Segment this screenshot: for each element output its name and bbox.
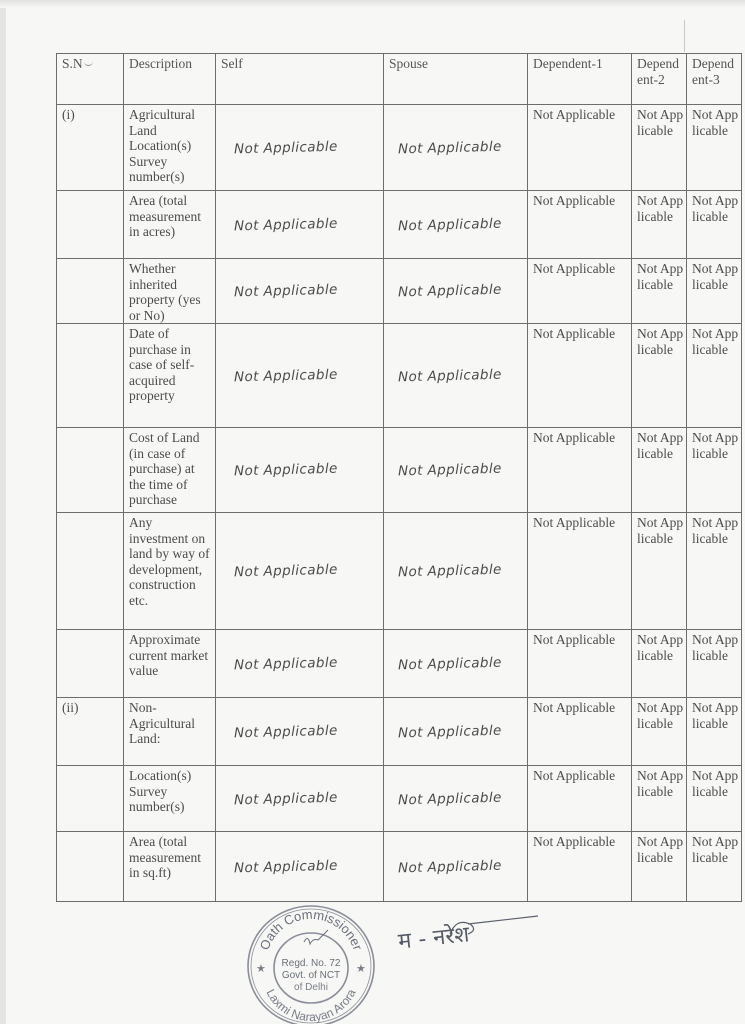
- header-dependent-2: Dependent-2: [632, 54, 687, 105]
- dependent-2-value: Not Applicable: [632, 259, 687, 324]
- dependent-3-value: Not Applicable: [687, 630, 742, 698]
- stamp-initials: [304, 930, 328, 944]
- description-cell: Any investment on land by way of develop…: [124, 513, 216, 630]
- dependent-1-value: Not Applicable: [528, 259, 632, 324]
- dependent-2-value: Not Applicable: [632, 698, 687, 766]
- description-cell: Area (total measurement in sq.ft): [124, 832, 216, 902]
- star-icon: ★: [356, 963, 366, 975]
- handwritten-text: Not Applicable: [234, 462, 338, 480]
- dependent-3-value: Not Applicable: [687, 105, 742, 191]
- sn-cell: [57, 259, 124, 324]
- dependent-3-value: Not Applicable: [687, 428, 742, 513]
- header-spouse: Spouse: [384, 54, 528, 105]
- spouse-value: Not Applicable: [384, 191, 528, 259]
- svg-text:Oath Commissioner: Oath Commissioner: [257, 907, 366, 953]
- dependent-2-value: Not Applicable: [632, 513, 687, 630]
- handwritten-text: Not Applicable: [234, 283, 338, 301]
- handwritten-text: Not Applicable: [398, 790, 502, 808]
- dependent-3-value: Not Applicable: [687, 832, 742, 902]
- self-value: Not Applicable: [216, 259, 384, 324]
- sn-cell: [57, 191, 124, 259]
- spouse-value: Not Applicable: [384, 428, 528, 513]
- header-row: S.N Description Self Spouse Dependent-1 …: [57, 54, 742, 105]
- handwritten-text: Not Applicable: [234, 858, 338, 876]
- self-value: Not Applicable: [216, 428, 384, 513]
- table-row: Location(s) Survey number(s)Not Applicab…: [57, 766, 742, 832]
- sn-cell: [57, 630, 124, 698]
- spouse-value: Not Applicable: [384, 513, 528, 630]
- stamp-line-2: Govt. of NCT: [282, 970, 340, 981]
- description-cell: Area (total measurement in acres): [124, 191, 216, 259]
- dependent-2-value: Not Applicable: [632, 105, 687, 191]
- dependent-2-value: Not Applicable: [632, 832, 687, 902]
- table-row: Whether inherited property (yes or No)No…: [57, 259, 742, 324]
- self-value: Not Applicable: [216, 513, 384, 630]
- checkmark-icon: [84, 61, 93, 66]
- stamp-line-3: of Delhi: [294, 982, 328, 993]
- sn-cell: (i): [57, 105, 124, 191]
- description-cell: Whether inherited property (yes or No): [124, 259, 216, 324]
- description-cell: Approximate current market value: [124, 630, 216, 698]
- dependent-1-value: Not Applicable: [528, 698, 632, 766]
- spouse-value: Not Applicable: [384, 832, 528, 902]
- self-value: Not Applicable: [216, 324, 384, 428]
- self-value: Not Applicable: [216, 191, 384, 259]
- table-row: Date of purchase in case of self-acquire…: [57, 324, 742, 428]
- table-row: (ii)Non-Agricultural Land:Not Applicable…: [57, 698, 742, 766]
- description-cell: Location(s) Survey number(s): [124, 766, 216, 832]
- sn-cell: [57, 428, 124, 513]
- header-dependent-1: Dependent-1: [528, 54, 632, 105]
- handwritten-text: Not Applicable: [398, 655, 502, 673]
- dependent-1-value: Not Applicable: [528, 324, 632, 428]
- handwritten-text: Not Applicable: [398, 563, 502, 581]
- dependent-2-value: Not Applicable: [632, 766, 687, 832]
- description-cell: Date of purchase in case of self-acquire…: [124, 324, 216, 428]
- dependent-1-value: Not Applicable: [528, 766, 632, 832]
- self-value: Not Applicable: [216, 630, 384, 698]
- handwritten-text: Not Applicable: [234, 216, 338, 234]
- header-dependent-3: Dependent-3: [687, 54, 742, 105]
- handwritten-text: Not Applicable: [234, 655, 338, 673]
- handwritten-text: Not Applicable: [398, 216, 502, 234]
- handwritten-text: Not Applicable: [398, 462, 502, 480]
- dependent-1-value: Not Applicable: [528, 513, 632, 630]
- dependent-1-value: Not Applicable: [528, 191, 632, 259]
- dependent-2-value: Not Applicable: [632, 630, 687, 698]
- table-row: Any investment on land by way of develop…: [57, 513, 742, 630]
- dependent-3-value: Not Applicable: [687, 191, 742, 259]
- spouse-value: Not Applicable: [384, 324, 528, 428]
- dependent-1-value: Not Applicable: [528, 832, 632, 902]
- sn-cell: [57, 832, 124, 902]
- spouse-value: Not Applicable: [384, 766, 528, 832]
- handwritten-text: Not Applicable: [398, 723, 502, 741]
- sn-cell: [57, 766, 124, 832]
- handwritten-text: Not Applicable: [398, 139, 502, 157]
- scan-top-shadow: [0, 0, 745, 8]
- self-value: Not Applicable: [216, 105, 384, 191]
- header-description: Description: [124, 54, 216, 105]
- sn-cell: (ii): [57, 698, 124, 766]
- stamp-line-1: Regd. No. 72: [282, 958, 341, 969]
- handwritten-text: Not Applicable: [234, 563, 338, 581]
- sn-cell: [57, 513, 124, 630]
- dependent-3-value: Not Applicable: [687, 698, 742, 766]
- star-icon: ★: [256, 963, 266, 975]
- dependent-2-value: Not Applicable: [632, 191, 687, 259]
- scan-edge: [0, 0, 6, 1024]
- dependent-3-value: Not Applicable: [687, 259, 742, 324]
- handwritten-text: Not Applicable: [234, 723, 338, 741]
- table-row: Area (total measurement in sq.ft)Not App…: [57, 832, 742, 902]
- dependent-3-value: Not Applicable: [687, 766, 742, 832]
- handwritten-text: Not Applicable: [234, 367, 338, 385]
- description-cell: Non-Agricultural Land:: [124, 698, 216, 766]
- handwritten-text: Not Applicable: [234, 790, 338, 808]
- stamp-top-arc: Oath Commissioner: [257, 907, 366, 953]
- handwritten-text: Not Applicable: [398, 367, 502, 385]
- self-value: Not Applicable: [216, 766, 384, 832]
- self-value: Not Applicable: [216, 698, 384, 766]
- description-cell: Cost of Land (in case of purchase) at th…: [124, 428, 216, 513]
- scan-mark: [684, 20, 685, 52]
- spouse-value: Not Applicable: [384, 630, 528, 698]
- dependent-2-value: Not Applicable: [632, 324, 687, 428]
- dependent-2-value: Not Applicable: [632, 428, 687, 513]
- header-sn-label: S.N: [62, 56, 83, 71]
- dependent-1-value: Not Applicable: [528, 105, 632, 191]
- table-row: Cost of Land (in case of purchase) at th…: [57, 428, 742, 513]
- sn-cell: [57, 324, 124, 428]
- table-row: (i)Agricultural Land Location(s) Survey …: [57, 105, 742, 191]
- header-self: Self: [216, 54, 384, 105]
- header-sn: S.N: [57, 54, 124, 105]
- handwritten-text: Not Applicable: [234, 139, 338, 157]
- dependent-3-value: Not Applicable: [687, 513, 742, 630]
- dependent-1-value: Not Applicable: [528, 428, 632, 513]
- dependent-3-value: Not Applicable: [687, 324, 742, 428]
- self-value: Not Applicable: [216, 832, 384, 902]
- spouse-value: Not Applicable: [384, 105, 528, 191]
- oath-commissioner-stamp: Oath Commissioner Laxmi Narayan Arora Re…: [244, 902, 378, 1024]
- handwritten-text: Not Applicable: [398, 858, 502, 876]
- spouse-value: Not Applicable: [384, 698, 528, 766]
- description-cell: Agricultural Land Location(s) Survey num…: [124, 105, 216, 191]
- table-row: Approximate current market valueNot Appl…: [57, 630, 742, 698]
- dependent-1-value: Not Applicable: [528, 630, 632, 698]
- table-row: Area (total measurement in acres)Not App…: [57, 191, 742, 259]
- handwritten-text: Not Applicable: [398, 283, 502, 301]
- spouse-value: Not Applicable: [384, 259, 528, 324]
- asset-declaration-table: S.N Description Self Spouse Dependent-1 …: [56, 53, 742, 902]
